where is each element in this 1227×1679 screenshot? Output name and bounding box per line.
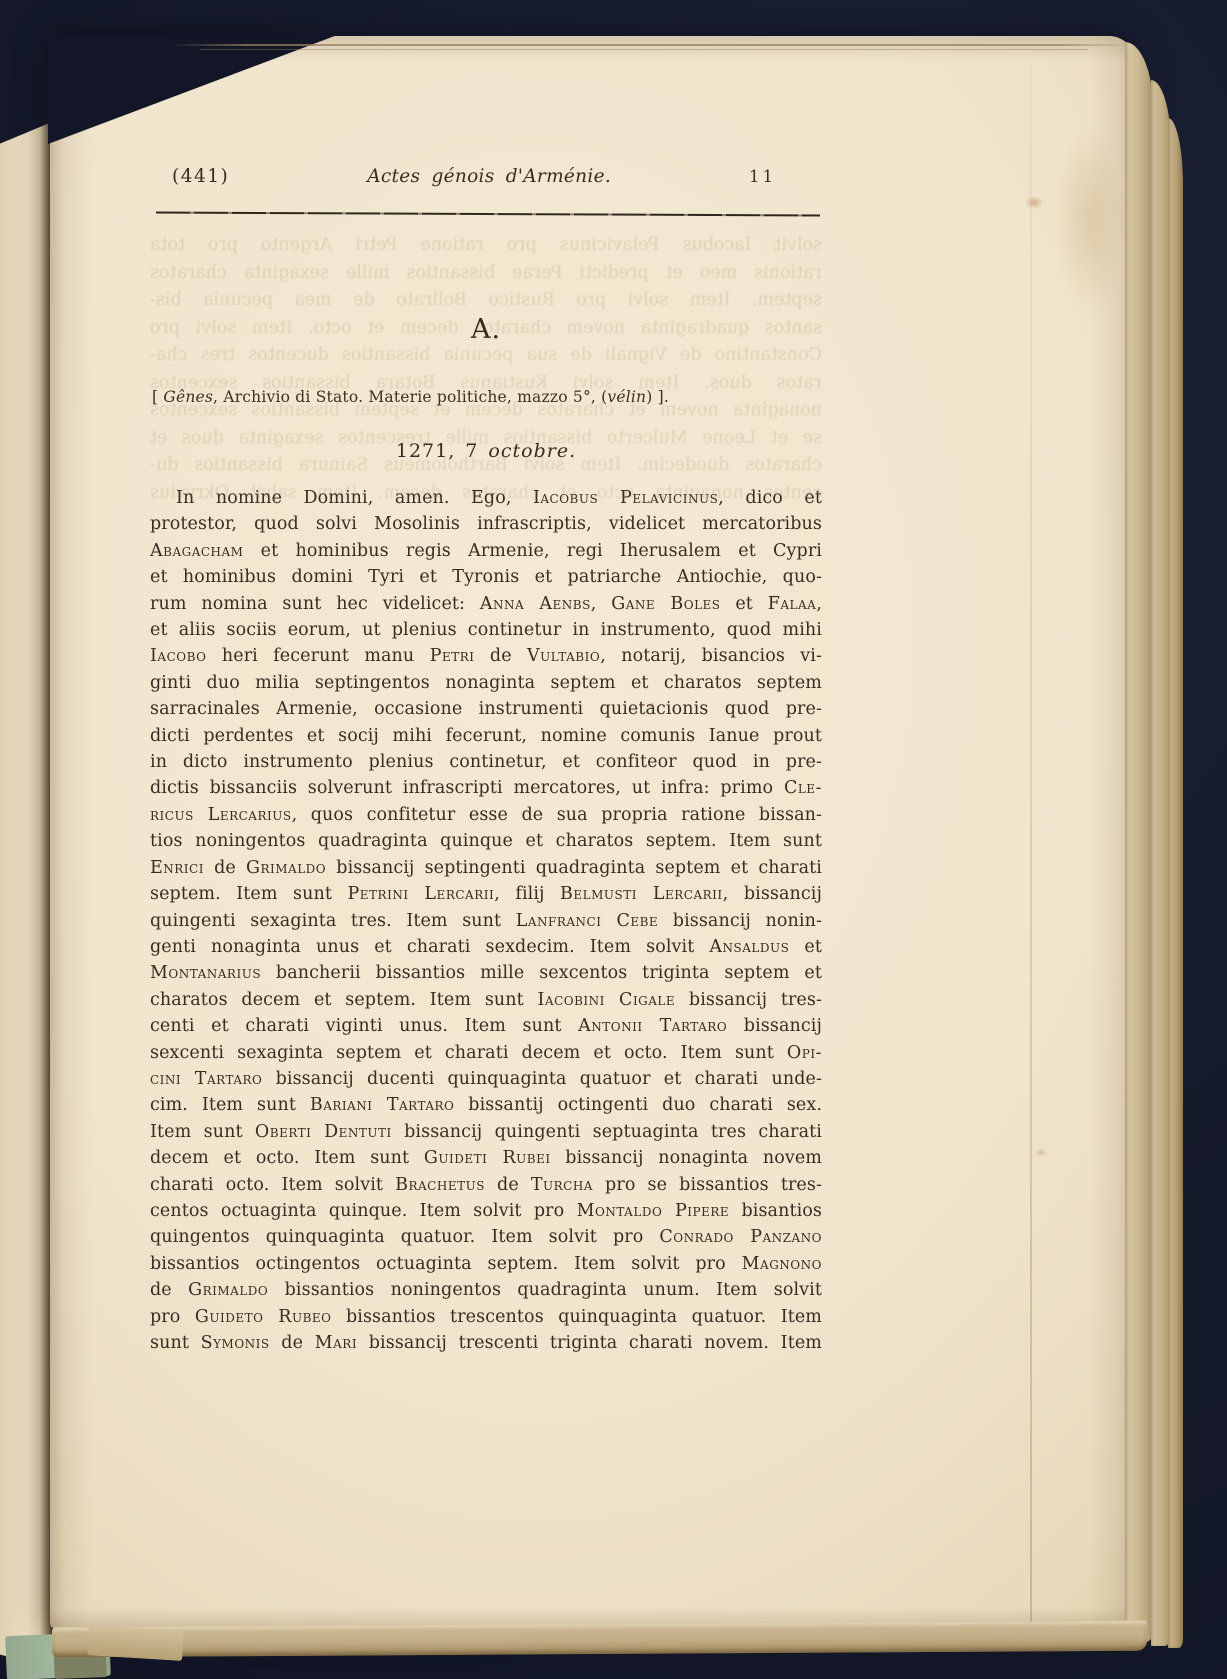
book-page: solvit Iacobus Pelavicinus pro ratione P… [50, 36, 1135, 1630]
body-line: decem et octo. Item sunt Guideti Rubei b… [150, 1145, 822, 1171]
bleedthrough-text: solvit Iacobus Pelavicinus pro ratione P… [150, 232, 822, 507]
body-line: rum nomina sunt hec videlicet: Anna Aenb… [150, 591, 822, 617]
body-line: In nomine Domini, amen. Ego, Iacobus Pel… [150, 485, 822, 511]
body-line: sarracinales Armenie, occasione instrume… [150, 696, 822, 722]
page-stack-edge-1 [1125, 42, 1153, 1642]
bleedthrough-line: Constantino de Vignali de sua pecunia bi… [150, 342, 822, 370]
folio-number: (441) [150, 166, 229, 187]
body-line: septem. Item sunt Petrini Lercarii, fili… [150, 881, 822, 907]
header-rule [156, 212, 820, 217]
page-top-edge [170, 44, 1135, 46]
body-line: Abagacham et hominibus regis Armenie, re… [150, 538, 822, 564]
document-body: In nomine Domini, amen. Ego, Iacobus Pel… [150, 485, 822, 1356]
body-line: in dicto instrumento plenius continetur,… [150, 749, 822, 775]
source-note: [ Gênes, Archivio di Stato. Materie poli… [152, 388, 824, 406]
page-number: 11 [749, 167, 822, 186]
foxing-spot [1025, 196, 1043, 209]
book-photo: solvit Iacobus Pelavicinus pro ratione P… [0, 0, 1227, 1679]
body-line: sunt Symonis de Mari bissancij trescenti… [150, 1330, 822, 1356]
body-line: Iacobo heri fecerunt manu Petri de Vulta… [150, 643, 822, 669]
body-line: de Grimaldo bissantios noningentos quadr… [150, 1277, 822, 1303]
date-line: 1271, 7 octobre. [150, 440, 822, 462]
body-line: charatos decem et septem. Item sunt Iaco… [150, 987, 822, 1013]
body-line: quingenti sexaginta tres. Item sunt Lanf… [150, 908, 822, 934]
body-line: Enrici de Grimaldo bissancij septingenti… [150, 855, 822, 881]
body-line: charati octo. Item solvit Brachetus de T… [150, 1172, 822, 1198]
body-line: dicti perdentes et socij mihi fecerunt, … [150, 723, 822, 749]
body-line: tios noningentos quadraginta quinque et … [150, 828, 822, 854]
page-bottom-edge [52, 1621, 1147, 1658]
bleedthrough-line: septem. Item solvi pro Rustico Bollrato … [150, 287, 822, 315]
body-line: centos octuaginta quinque. Item solvit p… [150, 1198, 822, 1224]
body-line: cini Tartaro bissancij ducenti quinquagi… [150, 1066, 822, 1092]
bottom-corner-fold [87, 1625, 184, 1661]
body-line: Montanarius bancherii bissantios mille s… [150, 960, 822, 986]
body-line: ginti duo milia septingentos nonaginta s… [150, 670, 822, 696]
bleedthrough-line: rationis meo et predicti Perae bissantio… [150, 260, 822, 288]
foxing-spot [1035, 1148, 1047, 1157]
bleedthrough-line: solvit Iacobus Pelavicinus pro ratione P… [150, 232, 822, 260]
body-line: genti nonaginta unus et charati sexdecim… [150, 934, 822, 960]
body-line: et aliis sociis eorum, ut plenius contin… [150, 617, 822, 643]
page-corner-shadow [48, 34, 340, 144]
body-line: cim. Item sunt Bariani Tartaro bissantij… [150, 1092, 822, 1118]
section-heading: A. [150, 314, 822, 345]
page-crease [1030, 66, 1032, 1646]
body-line: pro Guideto Rubeo bissantios trescentos … [150, 1304, 822, 1330]
running-title: Actes génois d'Arménie. [367, 166, 611, 187]
body-line: quingentos quinquaginta quatuor. Item so… [150, 1224, 822, 1250]
page-header: (441) Actes génois d'Arménie. 11 [150, 166, 822, 187]
body-line: Item sunt Oberti Dentuti bissancij quing… [150, 1119, 822, 1145]
page-stack-edge-3 [1168, 118, 1183, 1648]
body-line: protestor, quod solvi Mosolinis infrascr… [150, 511, 822, 537]
body-line: bissantios octingentos octuaginta septem… [150, 1251, 822, 1277]
body-line: dictis bissanciis solverunt infrascripti… [150, 775, 822, 801]
body-line: centi et charati viginti unus. Item sunt… [150, 1013, 822, 1039]
body-line: ricus Lercarius, quos confitetur esse de… [150, 802, 822, 828]
foxing-spot [1055, 126, 1125, 316]
body-line: et hominibus domini Tyri et Tyronis et p… [150, 564, 822, 590]
body-line: sexcenti sexaginta septem et charati dec… [150, 1040, 822, 1066]
